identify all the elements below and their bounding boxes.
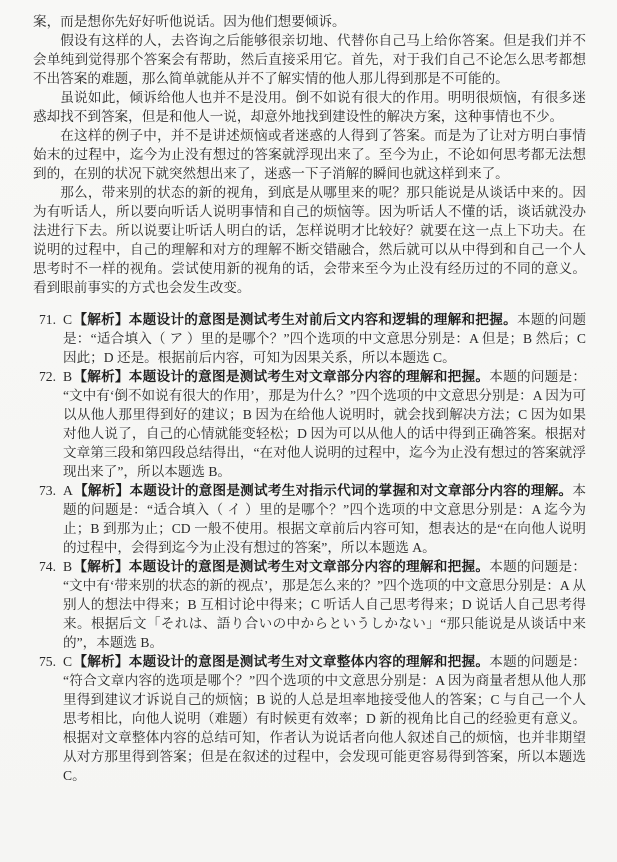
analysis-body: 本题的问题是：“文中有‘倒不如说有很大的作用’，那是为什么？”四个选项的中文意思… <box>63 369 586 479</box>
question-number: 73. <box>33 481 63 500</box>
answer-item-content: B【解析】本题设计的意图是测试考生对文章部分内容的理解和把握。本题的问题是：“文… <box>63 367 586 481</box>
answer-letter: B <box>63 369 72 384</box>
passage-paragraph: 虽说如此，倾诉给他人也并不是没用。倒不如说有很大的作用。明明很烦恼，有很多迷惑却… <box>33 88 586 126</box>
question-number: 74. <box>33 557 63 576</box>
passage-paragraph: 在这样的例子中，并不是讲述烦恼或者迷惑的人得到了答案。而是为了让对方明白事情始末… <box>33 126 586 183</box>
answer-item-73: 73. A【解析】本题设计的意图是测试考生对指示代词的掌握和对文章部分内容的理解… <box>33 481 586 557</box>
answer-item-content: C【解析】本题设计的意图是测试考生对文章整体内容的理解和把握。本题的问题是：“符… <box>63 652 586 785</box>
question-number: 72. <box>33 367 63 386</box>
question-number: 71. <box>33 310 63 329</box>
answer-item-72: 72. B【解析】本题设计的意图是测试考生对文章部分内容的理解和把握。本题的问题… <box>33 367 586 481</box>
passage-paragraph: 假设有这样的人，去咨询之后能够很亲切地、代替你自己马上给你答案。但是我们并不会单… <box>33 31 586 88</box>
passage-paragraph: 那么，带来别的状态的新的视角，到底是从哪里来的呢？那只能说是从谈话中来的。因为有… <box>33 183 586 297</box>
passage-paragraph-continuation: 案，而是想你先好好听他说话。因为他们想要倾诉。 <box>33 12 586 31</box>
answer-letter: C <box>63 312 72 327</box>
answer-item-content: B【解析】本题设计的意图是测试考生对文章部分内容的理解和把握。本题的问题是：“文… <box>63 557 586 652</box>
analysis-heading: 【解析】本题设计的意图是测试考生对文章部分内容的理解和把握。 <box>73 559 489 574</box>
analysis-body: 本题的问题是：“符合文章内容的选项是哪个？”四个选项的中文意思分别是：A 因为商… <box>63 654 586 783</box>
answer-letter: B <box>63 559 72 574</box>
answer-explanations-list: 71. C【解析】本题设计的意图是测试考生对前后文内容和逻辑的理解和把握。本题的… <box>33 310 586 785</box>
answer-letter: A <box>63 483 73 498</box>
analysis-heading: 【解析】本题设计的意图是测试考生对前后文内容和逻辑的理解和把握。 <box>73 312 517 327</box>
analysis-heading: 【解析】本题设计的意图是测试考生对文章部分内容的理解和把握。 <box>73 369 489 384</box>
answer-item-content: A【解析】本题设计的意图是测试考生对指示代词的掌握和对文章部分内容的理解。本题的… <box>63 481 586 557</box>
answer-item-75: 75. C【解析】本题设计的意图是测试考生对文章整体内容的理解和把握。本题的问题… <box>33 652 586 785</box>
analysis-heading: 【解析】本题设计的意图是测试考生对文章整体内容的理解和把握。 <box>73 654 489 669</box>
answer-item-content: C【解析】本题设计的意图是测试考生对前后文内容和逻辑的理解和把握。本题的问题是：… <box>63 310 586 367</box>
answer-item-74: 74. B【解析】本题设计的意图是测试考生对文章部分内容的理解和把握。本题的问题… <box>33 557 586 652</box>
answer-letter: C <box>63 654 72 669</box>
question-number: 75. <box>33 652 63 671</box>
scanned-document-page: 案，而是想你先好好听他说话。因为他们想要倾诉。 假设有这样的人，去咨询之后能够很… <box>0 0 617 862</box>
answer-item-71: 71. C【解析】本题设计的意图是测试考生对前后文内容和逻辑的理解和把握。本题的… <box>33 310 586 367</box>
analysis-heading: 【解析】本题设计的意图是测试考生对指示代词的掌握和对文章部分内容的理解。 <box>74 483 573 498</box>
